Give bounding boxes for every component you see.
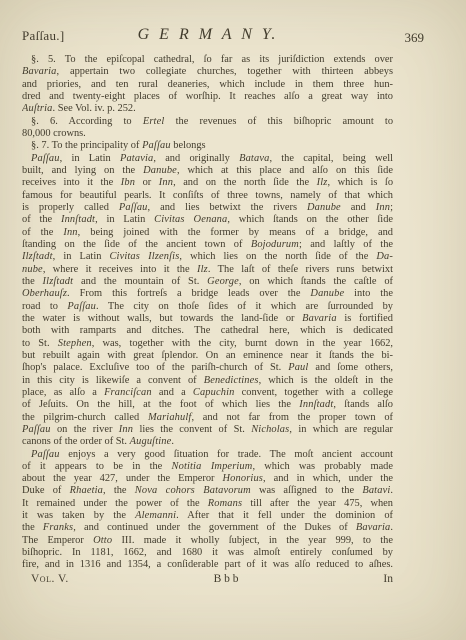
- text-column: Paſſau.] G E R M A N Y. 369 §. 5. To the…: [22, 0, 393, 586]
- page-header: Paſſau.] G E R M A N Y. 369: [22, 26, 393, 48]
- text-line: fire, and in 1316 and 1354, a conſiderab…: [22, 559, 393, 571]
- text-line: The Emperor Otto III. made it wholly ſub…: [22, 535, 393, 547]
- page-title: G E R M A N Y.: [22, 26, 393, 44]
- scanned-book-page: Paſſau.] G E R M A N Y. 369 §. 5. To the…: [0, 0, 466, 640]
- text-line: of it appears to be in the Notitia Imper…: [22, 461, 393, 473]
- text-line: of Jeſuits. On the hill, at the foot of …: [22, 399, 393, 411]
- text-line: famous for beautiful pearls. It conſiſts…: [22, 190, 393, 202]
- text-line: to St. Stephen, was, together with the c…: [22, 338, 393, 350]
- text-line: Auſtria. See Vol. iv. p. 252.: [22, 103, 393, 115]
- text-block: §. 5. To the epiſcopal cathedral, ſo far…: [22, 54, 393, 572]
- text-line: the Ilzſtadt and the mountain of St. Geo…: [22, 276, 393, 288]
- text-line: It remained under the power of the Roman…: [22, 498, 393, 510]
- text-line: §. 6. According to Ertel the revenues of…: [22, 116, 393, 128]
- text-line: Duke of Rhaetia, the Nova cohors Batavor…: [22, 485, 393, 497]
- page-footer: Vol. V. B b b In: [22, 573, 393, 586]
- volume-label: Vol. V.: [31, 573, 69, 586]
- text-line: it was taken by the Alemanni. After that…: [22, 510, 393, 522]
- text-line: the Franks, and continued under the gove…: [22, 522, 393, 534]
- catchword: In: [383, 573, 393, 586]
- text-line: biſhopric. In 1181, 1662, and 1680 it wa…: [22, 547, 393, 559]
- text-line: dred and twenty-eight places of worſhip.…: [22, 91, 393, 103]
- text-line: 80,000 crowns.: [22, 128, 393, 140]
- text-line: Paſſau on the river Inn lies the convent…: [22, 424, 393, 436]
- text-line: road to Paſſau. The city on thoſe ſides …: [22, 301, 393, 313]
- text-line: about the year 427, under the Emperor Ho…: [22, 473, 393, 485]
- text-line: Paſſau enjoys a very good ſituation for …: [22, 449, 393, 461]
- text-line: receives into it the Ibn or Inn, and on …: [22, 177, 393, 189]
- text-line: the pilgrim-church called Mariahulf, and…: [22, 412, 393, 424]
- text-line: the water is without walls, but towards …: [22, 313, 393, 325]
- text-line: but rebuilt again with great ſplendor. O…: [22, 350, 393, 362]
- text-line: of the Inn, being joined with the former…: [22, 227, 393, 239]
- text-line: both with ramparts and ditches. The cath…: [22, 325, 393, 337]
- page-number: 369: [405, 30, 425, 46]
- text-line: Oberhauſz. From this fortreſs a bridge l…: [22, 288, 393, 300]
- text-line: of the Innſtadt, in Latin Civitas Oenana…: [22, 214, 393, 226]
- text-line: and priories, and ten rural deaneries, w…: [22, 79, 393, 91]
- text-line: ſhop's palace. Excluſive too of the pari…: [22, 362, 393, 374]
- text-line: Bavaria, appertain two collegiate church…: [22, 66, 393, 78]
- text-line: §. 7. To the principality of Paſſau belo…: [22, 140, 393, 152]
- text-line: §. 5. To the epiſcopal cathedral, ſo far…: [22, 54, 393, 66]
- text-line: in this city is likewiſe a convent of Be…: [22, 375, 393, 387]
- text-line: place, as alſo a Franciſcan and a Capuch…: [22, 387, 393, 399]
- text-line: nube, where it receives into it the Ilz.…: [22, 264, 393, 276]
- text-line: built, and lying on the Danube, which at…: [22, 165, 393, 177]
- text-line: canons of the order of St. Auguſtine.: [22, 436, 393, 448]
- text-line: ſtanding on the ſide of the ancient town…: [22, 239, 393, 251]
- signature-mark: B b b: [69, 573, 384, 586]
- text-line: is properly called Paſſau, and lies betw…: [22, 202, 393, 214]
- text-line: Paſſau, in Latin Patavia, and originally…: [22, 153, 393, 165]
- text-line: Ilzſtadt, in Latin Civitas Ilzenſis, whi…: [22, 251, 393, 263]
